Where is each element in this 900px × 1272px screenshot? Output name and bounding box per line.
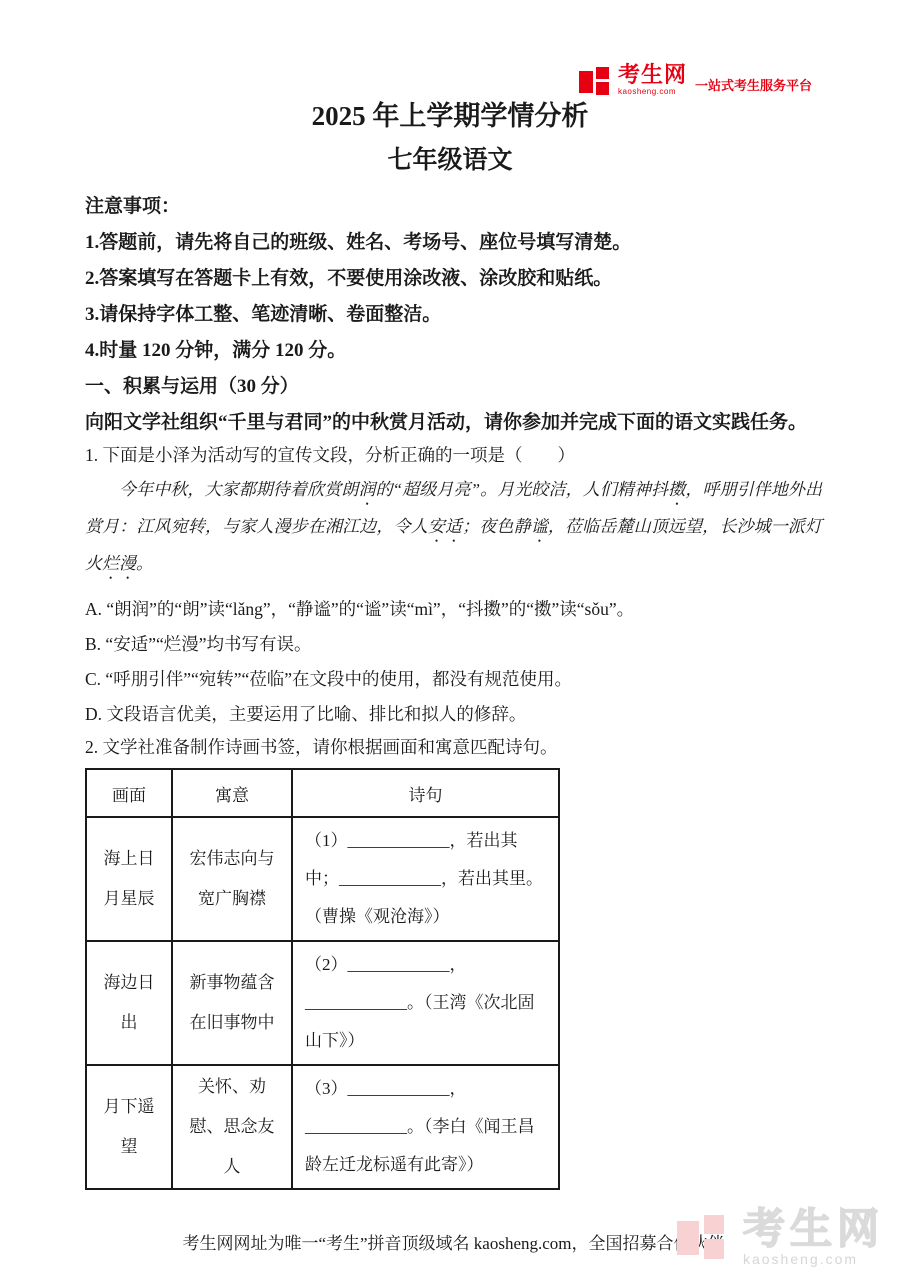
- picture-cell: 海上日月星辰: [86, 817, 172, 941]
- kaosheng-watermark-text: 考生网 kaosheng.com: [743, 1208, 884, 1266]
- header-verse: 诗句: [292, 769, 559, 817]
- emphasized-char: 安适: [428, 517, 462, 536]
- table-row: 月下遥望 关怀、劝慰、思念友人 （3）____________，________…: [86, 1065, 559, 1189]
- question-1-option-c: C. “呼朋引伴”“宛转”“莅临”在文段中的使用，都没有规范使用。: [85, 667, 822, 692]
- meaning-cell: 宏伟志向与宽广胸襟: [172, 817, 292, 941]
- kaosheng-logo: 考生网 kaosheng.com 一站式考生服务平台: [579, 64, 812, 98]
- passage-text: 。: [136, 554, 153, 573]
- table-row: 海上日月星辰 宏伟志向与宽广胸襟 （1）____________，若出其中；__…: [86, 817, 559, 941]
- emphasized-char: 润: [358, 480, 375, 499]
- passage-text: 今年中秋，大家都期待着欣赏朗: [119, 480, 358, 499]
- notices-heading: 注意事项：: [85, 194, 822, 219]
- passage-text: 的“超级月亮”。月光皎洁，人们精神抖: [376, 480, 669, 499]
- notice-item-4: 4.时量 120 分钟，满分 120 分。: [85, 338, 822, 363]
- watermark-brand-domain: kaosheng.com: [743, 1252, 884, 1266]
- table-header-row: 画面 寓意 诗句: [86, 769, 559, 817]
- section-intro: 向阳文学社组织“千里与君同”的中秋赏月活动，请你参加并完成下面的语文实践任务。: [85, 410, 822, 435]
- meaning-cell: 关怀、劝慰、思念友人: [172, 1065, 292, 1189]
- kaosheng-watermark-icon: [677, 1210, 731, 1264]
- exam-body: 注意事项： 1.答题前，请先将自己的班级、姓名、考场号、座位号填写清楚。 2.答…: [0, 194, 900, 1256]
- emphasized-char: 烂漫: [102, 554, 136, 573]
- page-subtitle: 七年级语文: [0, 142, 900, 180]
- question-1-option-d: D. 文段语言优美，主要运用了比喻、排比和拟人的修辞。: [85, 702, 822, 727]
- page-title: 2025 年上学期学情分析: [0, 96, 900, 136]
- question-1-stem: 1. 下面是小泽为活动写的宣传文段，分析正确的一项是（ ）: [85, 443, 822, 468]
- header-picture: 画面: [86, 769, 172, 817]
- notice-item-3: 3.请保持字体工整、笔迹清晰、卷面整洁。: [85, 302, 822, 327]
- brand-tagline: 一站式考生服务平台: [695, 75, 812, 94]
- notice-item-1: 1.答题前，请先将自己的班级、姓名、考场号、座位号填写清楚。: [85, 230, 822, 255]
- picture-cell: 月下遥望: [86, 1065, 172, 1189]
- header-meaning: 寓意: [172, 769, 292, 817]
- kaosheng-logo-text: 考生网 kaosheng.com: [618, 64, 687, 96]
- section-heading: 一、积累与运用（30 分）: [85, 374, 822, 399]
- emphasized-char: 谧: [531, 517, 548, 536]
- poem-match-table: 画面 寓意 诗句 海上日月星辰 宏伟志向与宽广胸襟 （1）___________…: [85, 768, 560, 1190]
- verse-cell: （3）____________，____________。（李白《闻王昌龄左迁龙…: [292, 1065, 559, 1189]
- question-2-stem: 2. 文学社准备制作诗画书签，请你根据画面和寓意匹配诗句。: [85, 735, 822, 760]
- table-row: 海边日出 新事物蕴含在旧事物中 （2）____________，________…: [86, 941, 559, 1065]
- verse-cell: （1）____________，若出其中；____________，若出其里。（…: [292, 817, 559, 941]
- brand-domain: kaosheng.com: [618, 88, 687, 96]
- brand-name: 考生网: [618, 64, 687, 86]
- passage-text: ；夜色静: [462, 517, 531, 536]
- verse-cell: （2）____________，____________。（王湾《次北固山下》）: [292, 941, 559, 1065]
- kaosheng-watermark: 考生网 kaosheng.com: [677, 1208, 884, 1266]
- exam-page: 考生网 kaosheng.com 一站式考生服务平台 2025 年上学期学情分析…: [0, 0, 900, 1272]
- question-1-passage: 今年中秋，大家都期待着欣赏朗润的“超级月亮”。月光皎洁，人们精神抖擞，呼朋引伴地…: [85, 472, 822, 583]
- question-1-option-b: B. “安适”“烂漫”均书写有误。: [85, 632, 822, 657]
- emphasized-char: 擞: [668, 480, 685, 499]
- watermark-brand-name: 考生网: [743, 1208, 884, 1250]
- question-1-option-a: A. “朗润”的“朗”读“lǎng”，“静谧”的“谧”读“mì”，“抖擞”的“擞…: [85, 597, 822, 622]
- kaosheng-logo-icon: [579, 64, 613, 98]
- meaning-cell: 新事物蕴含在旧事物中: [172, 941, 292, 1065]
- picture-cell: 海边日出: [86, 941, 172, 1065]
- notice-item-2: 2.答案填写在答题卡上有效，不要使用涂改液、涂改胶和贴纸。: [85, 266, 822, 291]
